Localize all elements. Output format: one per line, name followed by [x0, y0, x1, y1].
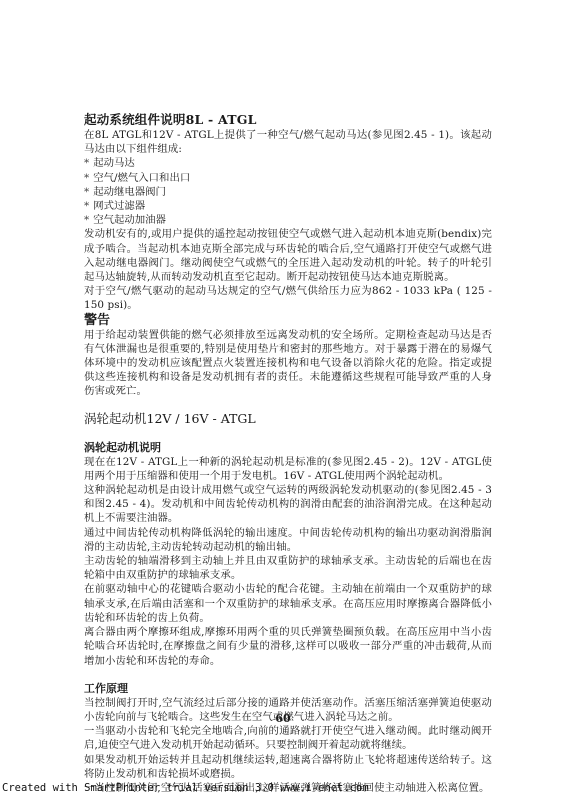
list-item: *网式过滤器 [84, 199, 492, 213]
paragraph: 一当驱动小齿轮和飞轮完全地啮合,向前的通路就打开使空气进入继动阀。此时继动阀开启… [84, 724, 492, 752]
bullet-icon: * [84, 200, 89, 212]
document-page: 起动系统组件说明8L - ATGL 在8L ATGL和12V - ATGL上提供… [84, 112, 492, 795]
bullet-icon: * [84, 214, 89, 226]
bullet-icon: * [84, 186, 89, 198]
paragraph: 对于空气/燃气驱动的起动马达规定的空气/燃气供给压力应为862 - 1033 k… [84, 284, 492, 312]
paragraph: 发动机安有的,或用户提供的遥控起动按钮使空气或燃气进入起动机本迪克斯(bendi… [84, 227, 492, 284]
paragraph: 主动齿轮的轴端滑移到主动轴上并且由双重防护的球轴承支承。主动齿轮的后端也在齿轮箱… [84, 554, 492, 582]
bullet-icon: * [84, 172, 89, 184]
page-number: 60 [0, 712, 566, 725]
watermark-footer: Created with SmartPrinter trial version … [2, 782, 369, 794]
list-item: *空气/燃气入口和出口 [84, 171, 492, 185]
paragraph: 离合器由两个摩擦环组成,摩擦环用两个重的贝氏弹簧垫圈预负载。在高压应用中当小齿轮… [84, 625, 492, 668]
subsection-title-operation: 工作原理 [84, 682, 492, 696]
section-intro: 在8L ATGL和12V - ATGL上提供了一种空气/燃气起动马达(参见图2.… [84, 128, 492, 156]
list-item: *空气起动加油器 [84, 213, 492, 227]
warning-title: 警告 [84, 313, 492, 328]
list-item: *起动继电器阀门 [84, 185, 492, 199]
warning-text: 用于给起动装置供能的燃气必须排放至远离发动机的安全场所。定期检查起动马达是否有气… [84, 328, 492, 399]
section-title-turbine-starter: 涡轮起动机12V / 16V - ATGL [84, 411, 492, 427]
paragraph: 这种涡轮起动机是由设计成用燃气或空气运转的两级涡轮发动机驱动的(参见图2.45 … [84, 483, 492, 526]
paragraph: 通过中间齿轮传动机构降低涡轮的输出速度。中间齿轮传动机构的输出功驱动润滑脂润滑的… [84, 526, 492, 554]
component-list: *起动马达 *空气/燃气入口和出口 *起动继电器阀门 *网式过滤器 *空气起动加… [84, 156, 492, 227]
section-title-starting-system: 起动系统组件说明8L - ATGL [84, 112, 492, 128]
list-item: *起动马达 [84, 156, 492, 170]
subsection-title-description: 涡轮起动机说明 [84, 441, 492, 455]
paragraph: 现在在12V - ATGL上一种新的涡轮起动机是标准的(参见图2.45 - 2)… [84, 455, 492, 483]
paragraph: 如果发动机开始运转并且起动机继续运转,超速离合器将防止飞轮将超速传送给转子。这将… [84, 753, 492, 781]
bullet-icon: * [84, 157, 89, 169]
paragraph: 在前驱动轴中心的花键啮合驱动小齿轮的配合花键。主动轴在前端由一个双重防护的球轴承… [84, 582, 492, 625]
